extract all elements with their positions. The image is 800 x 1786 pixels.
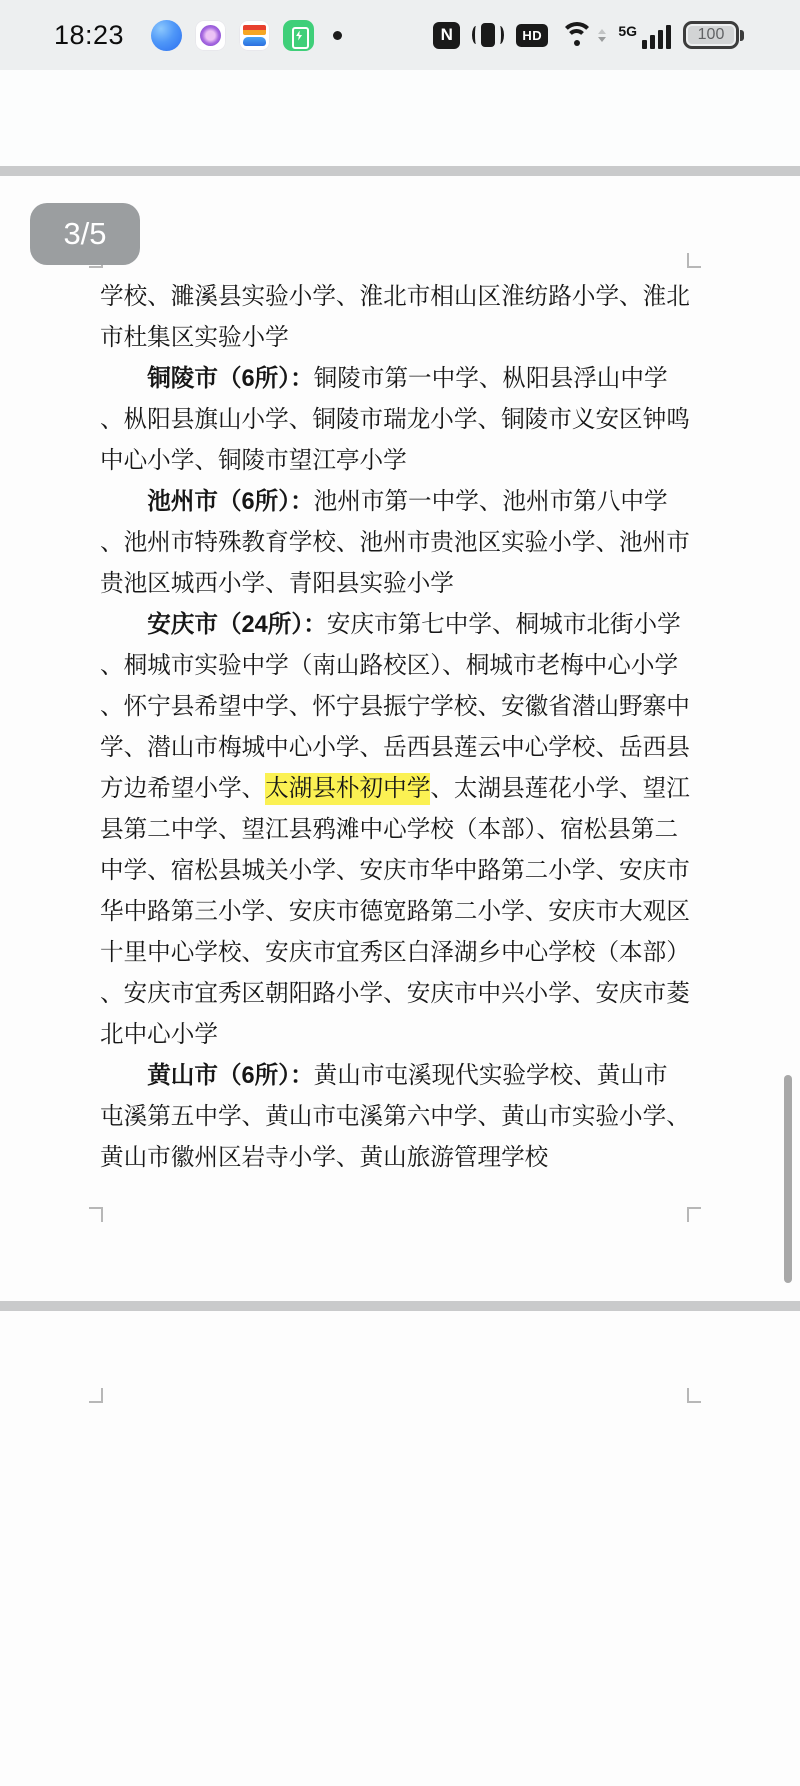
section-heading: 黄山市（6所）： [147,1063,313,1089]
text-boundary-mark-bottom-left [89,1207,103,1222]
nfc-icon: N [433,22,460,49]
doc-paragraph: 铜陵市（6所）：铜陵市第一中学、枞阳县浮山中学、枞阳县旗山小学、铜陵市瑞龙小学、… [100,359,690,482]
text-boundary-mark-page4-right [687,1388,701,1403]
previous-page-bottom[interactable] [0,70,800,166]
text-boundary-mark-page4-left [89,1388,103,1403]
status-bar-left: 18:23 [54,20,342,51]
section-heading: 安庆市（24所）： [147,612,327,638]
hd-voice-icon: HD [516,24,548,47]
page-separator [0,166,800,176]
clock-text: 18:23 [54,20,124,51]
browser-app-icon [151,20,182,51]
page-separator-2 [0,1301,800,1311]
next-page-top[interactable] [0,1311,800,1786]
scrollbar-thumb[interactable] [784,1075,792,1283]
doc-text-segment: 、太湖县莲花小学、望江县第二中学、望江县鸦滩中心学校（本部）、宿松县第二中学、宿… [100,776,690,1048]
section-heading: 铜陵市（6所）： [147,366,313,392]
network-type-label: 5G [618,23,637,39]
text-boundary-mark-top-right [687,253,701,268]
vibrate-mode-icon [472,20,504,50]
cellular-signal-icon: 5G [618,21,671,49]
battery-percent-text: 100 [688,26,734,44]
battery-nub [740,30,744,41]
doc-paragraph: 安庆市（24所）：安庆市第七中学、桐城市北街小学、桐城市实验中学（南山路校区）、… [100,605,690,1056]
doc-text-segment: 学校、濉溪县实验小学、淮北市相山区淮纺路小学、淮北市杜集区实验小学 [100,284,690,351]
battery-indicator: 100 [683,21,744,49]
doc-paragraph: 黄山市（6所）：黄山市屯溪现代实验学校、黄山市屯溪第五中学、黄山市屯溪第六中学、… [100,1056,690,1179]
weather-app-icon [239,20,270,51]
status-bar: 18:23 N HD 5G 100 [0,0,800,70]
section-heading: 池州市（6所）： [147,489,313,515]
network-activity-arrows-icon [598,29,606,42]
wifi-icon [560,22,594,49]
document-text: 学校、濉溪县实验小学、淮北市相山区淮纺路小学、淮北市杜集区实验小学铜陵市（6所）… [100,277,690,1179]
text-boundary-mark-bottom-right [687,1207,701,1222]
doc-paragraph: 池州市（6所）：池州市第一中学、池州市第八中学、池州市特殊教育学校、池州市贵池区… [100,482,690,605]
battery-manager-app-icon [283,20,314,51]
phone-screen: 18:23 N HD 5G 100 [0,0,800,1786]
highlighted-text: 太湖县朴初中学 [265,773,430,805]
page-number-badge: 3/5 [30,203,140,265]
doc-paragraph: 学校、濉溪县实验小学、淮北市相山区淮纺路小学、淮北市杜集区实验小学 [100,277,690,359]
notification-dot-icon [333,31,342,40]
status-bar-right: N HD 5G 100 [433,20,744,50]
purple-app-icon [195,20,226,51]
